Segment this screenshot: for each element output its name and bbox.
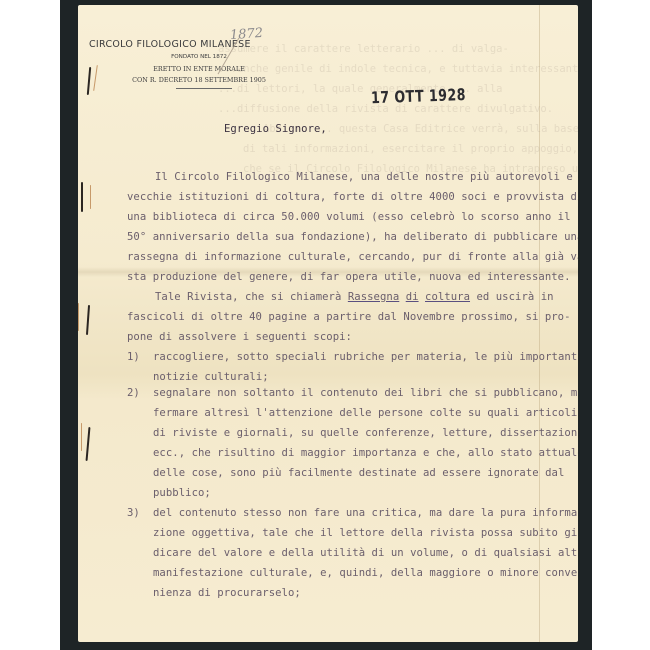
list-line: raccogliere, sotto speciali rubriche per… <box>153 351 578 363</box>
body-line: sta produzione del genere, di far opera … <box>127 271 571 283</box>
journal-title-word: coltura <box>425 291 470 303</box>
body-line: pone di assolvere i seguenti scopi: <box>127 331 352 343</box>
list-line: dicare del valore e della utilità di un … <box>153 547 578 559</box>
list-line: del contenuto stesso non fare una critic… <box>153 507 578 519</box>
body-line: rassegna di informazione culturale, cerc… <box>127 251 578 263</box>
letterhead-divider <box>176 88 232 89</box>
journal-title-word: di <box>406 291 419 303</box>
salutation: Egregio Signore, <box>224 123 327 135</box>
text-span: ed uscirà in <box>470 291 554 303</box>
journal-title-word: Rassegna <box>348 291 399 303</box>
founded-line: FONDATO NEL 1872 <box>78 54 324 60</box>
list-line: manifestazione culturale, e, quindi, del… <box>153 567 578 579</box>
list-number: 1) <box>127 351 140 363</box>
list-line: notizie culturali; <box>153 371 269 383</box>
date-stamp: 17 OTT 1928 <box>371 86 467 108</box>
list-line: delle cose, sono più facilmente destinat… <box>153 467 564 479</box>
list-line: segnalare non soltanto il contenuto dei … <box>153 387 578 399</box>
body-line: Il Circolo Filologico Milanese, una dell… <box>155 171 573 183</box>
list-line: ecc., che risultino di maggior importanz… <box>153 447 578 459</box>
binding-mark <box>86 305 90 335</box>
list-line: zione oggettiva, tale che il lettore del… <box>153 527 578 539</box>
binding-mark <box>90 185 91 209</box>
body-line: fascicoli di oltre 40 pagine a partire d… <box>127 311 571 323</box>
body-line: 50° anniversario della sua fondazione), … <box>127 231 578 243</box>
list-number: 3) <box>127 507 140 519</box>
list-line: fermare altresì l'attenzione delle perso… <box>153 407 577 419</box>
status-line: ERETTO IN ENTE MORALE <box>78 65 324 73</box>
paragraph2-line1: Tale Rivista, che si chiamerà Rassegna d… <box>155 291 554 303</box>
bleed-through-line: di tali informazioni, esercitare il prop… <box>243 143 578 155</box>
list-line: nienza di procurarselo; <box>153 587 301 599</box>
handwritten-reference: 1872 <box>230 26 264 43</box>
binding-mark <box>78 303 79 331</box>
list-line: pubblico; <box>153 487 211 499</box>
list-line: di riviste e giornali, su quelle confere… <box>153 427 578 439</box>
list-number: 2) <box>127 387 140 399</box>
body-line: vecchie istituzioni di coltura, forte di… <box>127 191 578 203</box>
decree-line: CON R. DECRETO 18 SETTEMBRE 1905 <box>78 76 324 84</box>
body-line: una biblioteca di circa 50.000 volumi (e… <box>127 211 571 223</box>
binding-mark <box>81 423 82 451</box>
text-span: Tale Rivista, che si chiamerà <box>155 291 348 303</box>
binding-mark <box>81 182 83 212</box>
letter-page: assumere il carattere letterario ... di … <box>78 5 578 642</box>
binding-mark <box>86 427 91 461</box>
